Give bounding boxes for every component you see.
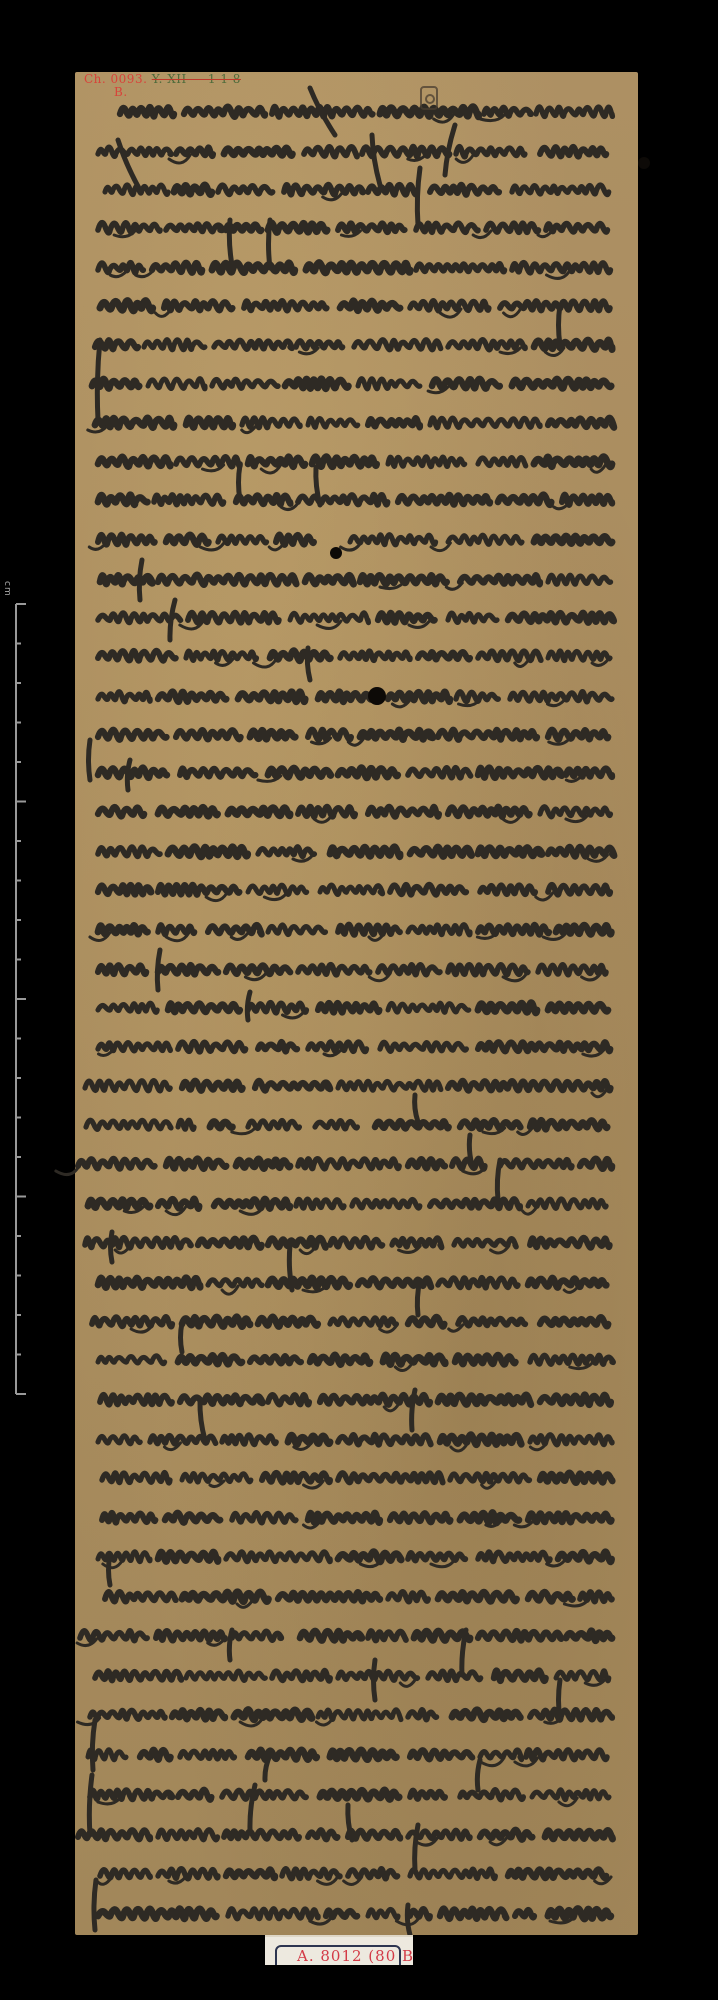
script-word bbox=[226, 965, 290, 974]
script-word bbox=[460, 1513, 519, 1523]
script-word bbox=[512, 263, 610, 273]
script-word bbox=[534, 536, 612, 543]
script-word bbox=[98, 1436, 140, 1444]
script-word bbox=[98, 1003, 157, 1012]
script-word bbox=[454, 1239, 516, 1247]
script-word bbox=[172, 1710, 225, 1719]
script-word bbox=[98, 1356, 165, 1364]
script-word bbox=[198, 1238, 262, 1248]
script-word bbox=[152, 263, 202, 273]
script-word bbox=[234, 1710, 312, 1720]
script-word bbox=[232, 1513, 296, 1523]
script-word bbox=[100, 1395, 172, 1405]
script-word bbox=[178, 1120, 194, 1129]
script-word bbox=[500, 301, 610, 310]
script-word bbox=[98, 925, 148, 934]
script-word bbox=[300, 1631, 362, 1641]
script-word bbox=[330, 847, 400, 857]
script-word bbox=[484, 108, 531, 116]
script-word bbox=[358, 379, 420, 389]
script-word bbox=[98, 768, 167, 778]
script-word bbox=[408, 1710, 437, 1720]
script-word bbox=[448, 1081, 611, 1091]
script-word bbox=[98, 692, 150, 702]
script-word bbox=[408, 768, 471, 778]
script-word bbox=[566, 769, 612, 778]
script-word bbox=[548, 418, 614, 428]
script-word bbox=[168, 847, 248, 857]
script-word bbox=[98, 223, 160, 233]
script-word bbox=[460, 1120, 520, 1129]
script-word bbox=[318, 1710, 401, 1720]
script-word bbox=[298, 807, 355, 817]
script-word bbox=[178, 1355, 242, 1364]
script-word bbox=[430, 185, 499, 195]
script-word bbox=[448, 965, 528, 975]
script-word bbox=[378, 965, 440, 975]
script-word bbox=[460, 1790, 523, 1800]
script-word bbox=[98, 885, 151, 895]
script-word bbox=[350, 535, 436, 545]
script-word bbox=[315, 1121, 357, 1129]
script-word bbox=[390, 885, 466, 895]
script-word bbox=[92, 1317, 172, 1327]
script-word bbox=[90, 1710, 165, 1719]
script-word bbox=[530, 1355, 613, 1364]
script-word bbox=[330, 1238, 382, 1248]
script-word bbox=[312, 457, 377, 467]
script-word bbox=[432, 379, 500, 389]
script-word bbox=[296, 1199, 344, 1208]
script-word bbox=[180, 1395, 263, 1404]
script-word bbox=[310, 1355, 370, 1365]
script-word bbox=[120, 107, 174, 117]
script-word bbox=[416, 223, 478, 232]
script-word bbox=[236, 1159, 290, 1169]
script-word bbox=[530, 1238, 610, 1248]
script-word bbox=[272, 1671, 330, 1681]
script-word bbox=[478, 651, 541, 660]
script-word bbox=[248, 457, 305, 467]
script-word bbox=[528, 1278, 606, 1288]
script-word bbox=[408, 1553, 465, 1561]
script-word bbox=[98, 1278, 200, 1288]
script-word bbox=[255, 1081, 330, 1091]
script-word bbox=[298, 1159, 399, 1169]
script-word bbox=[176, 730, 241, 739]
script-word bbox=[100, 1870, 150, 1878]
script-word bbox=[158, 1199, 199, 1209]
script-word bbox=[166, 535, 209, 545]
script-word bbox=[408, 1317, 444, 1327]
script-word bbox=[330, 1318, 396, 1326]
script-word bbox=[180, 1751, 234, 1759]
script-word bbox=[512, 379, 611, 388]
script-word bbox=[95, 1671, 181, 1680]
script-word bbox=[352, 1200, 420, 1208]
script-word bbox=[258, 1042, 297, 1052]
script-word bbox=[248, 885, 307, 894]
seal-stamp-icon bbox=[420, 86, 438, 110]
script-word bbox=[140, 1750, 171, 1760]
script-word bbox=[448, 807, 530, 817]
script-word bbox=[166, 1159, 226, 1169]
catalogue-tag: A. 8012 (80 B) bbox=[265, 1935, 413, 1965]
script-word bbox=[540, 1317, 608, 1326]
script-word bbox=[380, 1042, 466, 1051]
script-word bbox=[284, 185, 363, 195]
script-word bbox=[515, 1910, 534, 1917]
script-word bbox=[538, 965, 606, 975]
script-word bbox=[368, 185, 417, 195]
script-word bbox=[148, 379, 205, 389]
script-word bbox=[232, 1631, 281, 1640]
script-word bbox=[98, 807, 144, 816]
script-word bbox=[164, 301, 232, 310]
script-word bbox=[262, 1473, 330, 1483]
script-word bbox=[390, 1513, 450, 1522]
script-word bbox=[208, 1279, 262, 1286]
script-word bbox=[528, 1199, 606, 1209]
script-word bbox=[226, 1869, 275, 1878]
script-word bbox=[510, 692, 612, 702]
paper-hole bbox=[330, 547, 342, 559]
script-word bbox=[268, 1395, 309, 1405]
script-word bbox=[556, 1671, 609, 1681]
script-word bbox=[102, 1473, 170, 1483]
script-word bbox=[98, 965, 146, 974]
script-word bbox=[548, 847, 614, 857]
script-word bbox=[258, 1317, 318, 1327]
script-word bbox=[540, 147, 606, 157]
script-word bbox=[214, 340, 292, 349]
script-word bbox=[224, 148, 292, 156]
script-word bbox=[244, 301, 327, 311]
script-word bbox=[176, 147, 213, 156]
script-word bbox=[548, 575, 611, 584]
script-word bbox=[290, 613, 369, 623]
script-word bbox=[480, 885, 535, 894]
script-word bbox=[178, 1042, 245, 1052]
script-word bbox=[100, 575, 153, 584]
script-word bbox=[450, 1474, 529, 1482]
script-word bbox=[98, 147, 171, 156]
script-word bbox=[330, 1750, 396, 1760]
script-word bbox=[452, 1710, 520, 1720]
script-word bbox=[455, 1355, 515, 1364]
script-word bbox=[158, 1869, 218, 1879]
script-word bbox=[270, 651, 330, 661]
script-word bbox=[226, 1552, 330, 1562]
script-word bbox=[534, 340, 612, 350]
script-word bbox=[440, 1909, 506, 1919]
script-word bbox=[212, 263, 295, 273]
script-word bbox=[308, 1042, 366, 1051]
script-word bbox=[383, 1355, 445, 1365]
shelfmark-struck-number: Y. XII — 1 1 8 bbox=[152, 72, 241, 86]
script-word bbox=[508, 613, 614, 623]
script-word bbox=[532, 1790, 609, 1800]
script-word bbox=[298, 495, 388, 505]
script-word bbox=[338, 925, 400, 935]
script-word bbox=[186, 1671, 265, 1680]
script-word bbox=[258, 847, 314, 857]
script-word bbox=[414, 1631, 470, 1640]
script-word bbox=[178, 1790, 211, 1800]
script-word bbox=[536, 107, 612, 116]
script-word bbox=[410, 1869, 495, 1879]
script-word bbox=[222, 1791, 306, 1800]
script-word bbox=[86, 1120, 171, 1129]
script-word bbox=[348, 1831, 400, 1839]
script-word bbox=[546, 224, 607, 232]
script-word bbox=[398, 495, 490, 505]
script-word bbox=[98, 263, 143, 273]
script-word bbox=[388, 1592, 428, 1602]
script-word bbox=[528, 1513, 612, 1522]
script-word bbox=[566, 1631, 612, 1641]
shelfmark-sub: B. bbox=[84, 86, 241, 99]
script-word bbox=[174, 185, 212, 195]
script-word bbox=[354, 340, 441, 350]
script-word bbox=[304, 147, 357, 157]
script-word bbox=[548, 885, 610, 895]
script-word bbox=[478, 768, 562, 778]
script-word bbox=[478, 458, 526, 466]
script-word bbox=[308, 418, 358, 427]
script-word bbox=[388, 692, 450, 702]
script-word bbox=[348, 1869, 397, 1879]
script-word bbox=[458, 1318, 525, 1326]
script-word bbox=[100, 301, 153, 311]
script-word bbox=[165, 1513, 220, 1523]
script-word bbox=[250, 730, 295, 739]
script-word bbox=[478, 1631, 561, 1641]
script-word bbox=[166, 224, 223, 231]
script-word bbox=[430, 1199, 520, 1208]
script-word bbox=[540, 807, 611, 817]
script-word bbox=[282, 1869, 340, 1879]
script-word bbox=[98, 651, 176, 661]
script-word bbox=[498, 495, 551, 505]
shelfmark-number: Ch. 0093. bbox=[84, 72, 147, 86]
script-word bbox=[508, 1870, 606, 1878]
script-word bbox=[410, 847, 472, 856]
script-word bbox=[512, 185, 609, 194]
script-word bbox=[78, 1159, 155, 1169]
script-word bbox=[208, 925, 262, 935]
script-word bbox=[182, 1473, 251, 1482]
script-word bbox=[478, 925, 549, 935]
script-word bbox=[438, 1278, 518, 1288]
script-word bbox=[105, 1592, 176, 1602]
script-word bbox=[494, 1671, 546, 1681]
script-word bbox=[248, 1003, 306, 1013]
script-word bbox=[158, 692, 226, 702]
script-word bbox=[530, 1120, 607, 1129]
script-word bbox=[88, 1200, 150, 1208]
script-word bbox=[218, 185, 273, 194]
script-word bbox=[224, 1831, 299, 1839]
script-word bbox=[460, 575, 540, 584]
script-word bbox=[340, 651, 410, 660]
script-word bbox=[98, 457, 170, 467]
script-word bbox=[368, 807, 439, 817]
script-word bbox=[184, 107, 265, 117]
script-word bbox=[238, 692, 305, 702]
script-word bbox=[338, 223, 405, 232]
script-word bbox=[410, 1791, 445, 1799]
script-word bbox=[580, 1159, 612, 1169]
script-word bbox=[180, 768, 255, 777]
script-word bbox=[428, 1671, 481, 1680]
script-word bbox=[306, 263, 410, 273]
script-word bbox=[98, 1043, 170, 1051]
script-word bbox=[168, 1003, 240, 1012]
script-word bbox=[268, 1278, 350, 1288]
script-word bbox=[236, 495, 290, 504]
script-word bbox=[298, 965, 370, 975]
script-word bbox=[500, 1160, 572, 1168]
script-word bbox=[222, 1435, 276, 1445]
script-word bbox=[430, 418, 540, 428]
script-word bbox=[156, 1631, 225, 1641]
script-word bbox=[305, 575, 354, 584]
script-word bbox=[250, 1356, 301, 1363]
script-word bbox=[338, 1435, 431, 1445]
script-word bbox=[416, 264, 504, 272]
script-word bbox=[478, 1042, 610, 1051]
script-word bbox=[320, 1790, 399, 1799]
script-word bbox=[534, 457, 612, 467]
script-word bbox=[278, 1592, 380, 1601]
script-word bbox=[410, 301, 489, 311]
script-word bbox=[182, 1081, 243, 1091]
script-word bbox=[478, 1552, 550, 1561]
script-word bbox=[176, 457, 240, 467]
script-word bbox=[338, 1081, 441, 1090]
script-word bbox=[438, 1592, 517, 1601]
script-word bbox=[338, 1473, 443, 1482]
script-word bbox=[154, 495, 224, 505]
script-word bbox=[186, 418, 233, 428]
script-word bbox=[408, 1159, 445, 1168]
script-word bbox=[338, 768, 398, 778]
script-word bbox=[580, 1592, 612, 1602]
script-word bbox=[418, 652, 470, 659]
script-word bbox=[318, 1003, 379, 1013]
script-word bbox=[360, 730, 433, 740]
script-word bbox=[308, 1830, 338, 1839]
script-word bbox=[182, 1317, 250, 1327]
script-word bbox=[438, 1395, 531, 1405]
script-word bbox=[182, 1592, 268, 1602]
script-word bbox=[375, 1121, 449, 1128]
script-word bbox=[388, 1003, 469, 1012]
paper-hole bbox=[368, 687, 386, 705]
script-word bbox=[478, 848, 542, 856]
script-word bbox=[158, 807, 218, 816]
script-word bbox=[242, 418, 300, 428]
script-word bbox=[268, 925, 325, 934]
script-word bbox=[528, 1592, 573, 1601]
script-word bbox=[480, 1750, 522, 1760]
script-word bbox=[368, 1909, 398, 1918]
paper-hole bbox=[638, 157, 650, 169]
manuscript-script-lines bbox=[0, 0, 718, 2000]
script-word bbox=[368, 418, 420, 427]
script-word bbox=[276, 535, 314, 545]
script-word bbox=[158, 575, 296, 585]
script-word bbox=[368, 1631, 406, 1640]
script-word bbox=[456, 692, 498, 702]
script-word bbox=[392, 1238, 442, 1248]
script-word bbox=[548, 651, 610, 661]
script-word bbox=[212, 379, 278, 388]
script-word bbox=[102, 1513, 155, 1523]
script-word bbox=[98, 613, 180, 622]
script-word bbox=[248, 1750, 317, 1760]
script-word bbox=[228, 1909, 318, 1919]
script-word bbox=[340, 301, 400, 311]
script-word bbox=[478, 1003, 537, 1013]
script-word bbox=[448, 340, 525, 350]
script-word bbox=[90, 1790, 173, 1799]
script-word bbox=[378, 613, 435, 623]
script-word bbox=[540, 1473, 612, 1483]
script-word bbox=[210, 1122, 232, 1128]
script-word bbox=[85, 1238, 191, 1248]
script-word bbox=[388, 457, 465, 467]
script-word bbox=[338, 1552, 401, 1562]
script-word bbox=[186, 651, 256, 660]
script-word bbox=[530, 1710, 612, 1720]
script-word bbox=[338, 1671, 417, 1680]
script-word bbox=[548, 1004, 608, 1012]
script-word bbox=[158, 1830, 217, 1840]
script-word bbox=[268, 223, 327, 233]
script-word bbox=[320, 885, 383, 895]
script-word bbox=[456, 147, 525, 157]
script-word bbox=[486, 223, 538, 232]
script-word bbox=[80, 1631, 147, 1641]
script-word bbox=[285, 379, 348, 389]
script-word bbox=[228, 808, 290, 816]
script-word bbox=[144, 340, 205, 350]
script-word bbox=[218, 536, 267, 543]
script-word bbox=[268, 768, 331, 777]
script-word bbox=[438, 730, 537, 740]
script-word bbox=[440, 1435, 521, 1445]
script-word bbox=[98, 847, 160, 856]
script-word bbox=[448, 613, 497, 622]
script-word bbox=[548, 1909, 611, 1919]
script-word bbox=[214, 1199, 290, 1209]
script-word bbox=[448, 535, 522, 544]
shelfmark-label: Ch. 0093. Y. XII — 1 1 8 B. bbox=[84, 73, 241, 99]
script-word bbox=[288, 1435, 330, 1444]
script-word bbox=[158, 965, 218, 974]
script-word bbox=[530, 1435, 612, 1445]
script-word bbox=[158, 1552, 218, 1562]
script-word bbox=[545, 1831, 613, 1840]
script-word bbox=[98, 495, 147, 505]
catalogue-number: A. 8012 (80 B) bbox=[297, 1947, 413, 1965]
script-word bbox=[98, 730, 167, 740]
script-word bbox=[410, 1750, 472, 1759]
script-word bbox=[98, 1909, 216, 1919]
script-word bbox=[408, 925, 470, 935]
